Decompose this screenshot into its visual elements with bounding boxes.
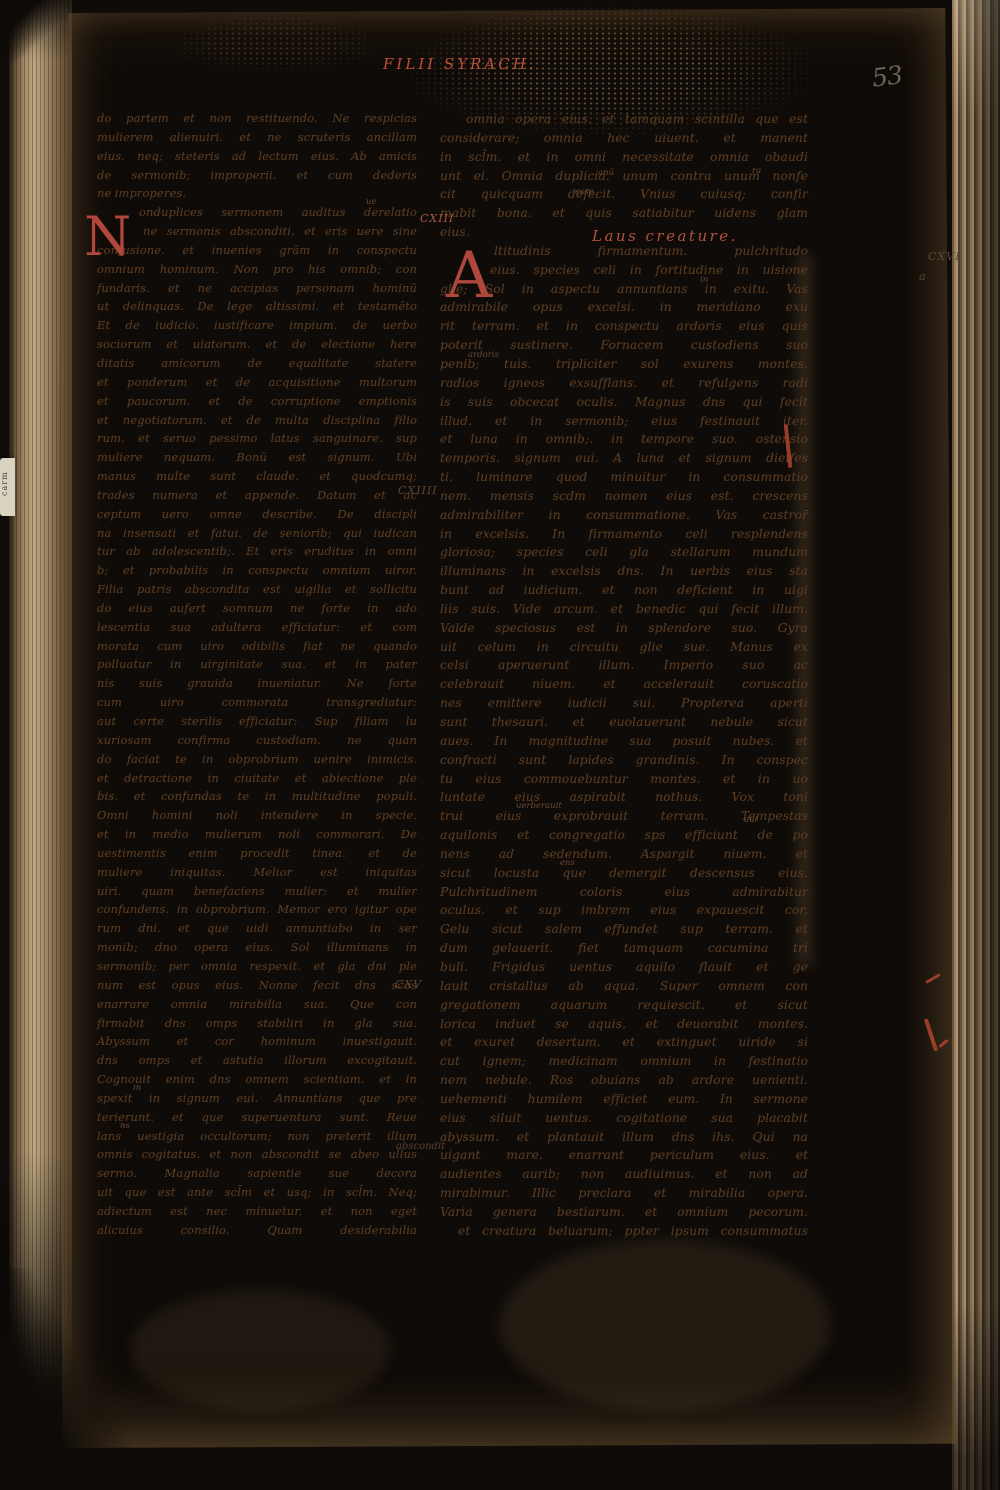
manuscript-line: Valde speciosus est in splendore suo. Gy… — [440, 619, 808, 638]
manuscript-line: muliere nequam. Bonū est signum. Ubi — [97, 448, 417, 467]
manuscript-line: xuriosam confirma custodiam. ne quan — [97, 731, 417, 750]
manuscript-line: uehementi humilem efficiet eum. In sermo… — [440, 1090, 808, 1109]
manuscript-line: ditatis amicorum de equalitate statere — [97, 354, 417, 373]
manuscript-line: Pulchritudinem coloris eius admirabitur — [440, 883, 808, 902]
interlinear-gloss: uerberauit — [516, 801, 562, 811]
running-title: FILII SYRACH. — [383, 55, 537, 73]
manuscript-line: Abyssum et cor hominum inuestigauit. — [97, 1032, 417, 1051]
manuscript-line: gregationem aquarum requiescit. et sicut — [440, 996, 808, 1015]
manuscript-line: b; et probabilis in conspectu omnium uir… — [97, 561, 417, 580]
manuscript-line: sermo. Magnalia sapientie sue decora — [97, 1164, 417, 1183]
manuscript-line: admirabile opus excelsi. in meridiano ex… — [440, 298, 808, 317]
manuscript-line: celebrauit niuem. et accelerauit corusca… — [440, 675, 808, 694]
manuscript-line: luntate eius aspirabit nothus. Vox toni — [440, 788, 808, 807]
manuscript-line: eius siluit uentus. cogitatione sua plac… — [440, 1109, 808, 1128]
manuscript-line: et exuret desertum. et extinguet uiride … — [440, 1033, 808, 1052]
manuscript-line: gloriosa; species celi gla stellarum mun… — [440, 543, 808, 562]
marginal-chapter-number: CXV — [395, 978, 422, 991]
manuscript-line: morata cum uiro odibilis fiat ne quando — [97, 637, 417, 656]
manuscript-line: mabit bona. et quis satiabitur uidens gl… — [440, 204, 808, 223]
manuscript-line: sunt thesauri. et euolauerunt nebule sic… — [440, 713, 808, 732]
manuscript-line: lauit cristallus ab aqua. Super omnem co… — [440, 977, 808, 996]
manuscript-line: ceptum uero omne describe. De discipli — [97, 505, 417, 524]
interlinear-gloss: ue — [366, 197, 377, 207]
marginal-chapter-number: CXIIII — [398, 484, 438, 497]
manuscript-line: audientes aurib; non audiuimus. et non a… — [440, 1165, 808, 1184]
manuscript-line: et luna in omnib;. in tempore suo. osten… — [440, 430, 808, 449]
interlinear-gloss: ens — [560, 858, 575, 868]
interlinear-gloss: ns — [120, 1121, 130, 1131]
left-text-column: do partem et non restituendo. Ne respici… — [97, 109, 417, 1240]
manuscript-line: Cognouit enim dns omnem scientiam. et in — [97, 1070, 417, 1089]
manuscript-line: et paucorum. et de corruptione emptionis — [97, 392, 417, 411]
manuscript-line: sermonib; per omnia respexit. et gla dni… — [97, 957, 417, 976]
manuscript-line: nis suis grauida inueniatur. Ne forte — [97, 674, 417, 693]
drop-cap-initial-A: A — [446, 244, 492, 308]
drop-cap-initial-N: N — [84, 210, 131, 264]
manuscript-line: Et de iudicio. iustificare impium. de ue… — [97, 316, 417, 335]
manuscript-line: illud. et in sermonib; eius festinauit i… — [440, 412, 808, 431]
manuscript-line: lans uestigia occultorum; non preterit i… — [97, 1127, 417, 1146]
manuscript-line: radios igneos exsufflans. et refulgens r… — [440, 374, 808, 393]
manuscript-line: mulierem alienuiri. et ne scruteris anci… — [97, 128, 417, 147]
right-text-column: omnia opera eius. et tamquam scintilla q… — [440, 110, 808, 1241]
manuscript-line: sicut locusta que demergit descensus eiu… — [440, 864, 808, 883]
interlinear-gloss: in — [700, 275, 708, 285]
manuscript-line: uit celum in circuitu glie sue. Manus ex — [440, 638, 808, 657]
interlinear-gloss: anū — [598, 168, 614, 178]
manuscript-line: cum uiro commorata transgrediatur: — [97, 693, 417, 712]
manuscript-line: nem nebule. Ros obuians ab ardore uenien… — [440, 1071, 808, 1090]
manuscript-line: fundaris. et ne accipias personam hominū — [97, 279, 417, 298]
manuscript-line: omnium hominum. Non pro his omnib; con — [97, 260, 417, 279]
manuscript-line: enarrare omnia mirabilia sua. Que con — [97, 995, 417, 1014]
manuscript-line: cit quicquam defecit. Vnius cuiusq; conf… — [440, 185, 808, 204]
manuscript-line: Varia genera bestiarum. et omnium pecoru… — [440, 1203, 808, 1222]
marginal-chapter-number: CXIII — [420, 212, 454, 225]
manuscript-line: do eius aufert somnum ne forte in ado — [97, 599, 417, 618]
manuscript-line: abyssum. et plantauit illum dns ihs. Qui… — [440, 1128, 808, 1147]
manuscript-line: sociorum et uiatorum. et de electione he… — [97, 335, 417, 354]
manuscript-line: muliere iniquitas. Melior est iniquitas — [97, 863, 417, 882]
manuscript-line: adiectum est nec minuetur. et non eget — [97, 1202, 417, 1221]
manuscript-line: na insensati et fatui. de seniorib; qui … — [97, 524, 417, 543]
manuscript-line: temporis. signum eui. A luna et signum d… — [440, 449, 808, 468]
manuscript-line: aquilonis et congregatio sps efficiunt d… — [440, 826, 808, 845]
manuscript-photo: FILII SYRACH. 53 do partem et non restit… — [0, 0, 1000, 1490]
manuscript-line: bis. et confundas te in multitudine popu… — [97, 787, 417, 806]
manuscript-line: lescentia sua adultera efficiatur: et co… — [97, 618, 417, 637]
manuscript-line: uigant mare. enarrant periculum eius. et — [440, 1146, 808, 1165]
manuscript-line: in scl̄m. et in omni necessitate omnia o… — [440, 148, 808, 167]
manuscript-line: lorica induet se aquis. et deuorabit mon… — [440, 1015, 808, 1034]
manuscript-line: de sermonib; improperii. et cum dederis — [97, 166, 417, 185]
section-rubric: Laus creature. — [592, 227, 738, 245]
manuscript-line: do faciat te in obprobrium uenire inimic… — [97, 750, 417, 769]
marginal-note: abscondit — [396, 1141, 445, 1152]
manuscript-line: considerare; omnia hec uiuent. et manent — [440, 129, 808, 148]
manuscript-line: ti. luminare quod minuitur in consummati… — [440, 468, 808, 487]
bookmark-tab: carm — [0, 458, 15, 516]
manuscript-line: et in medio mulierum noli commorari. De — [97, 825, 417, 844]
manuscript-line: trades numera et appende. Datum et ac — [97, 486, 417, 505]
manuscript-line: omnia opera eius. et tamquam scintilla q… — [440, 110, 808, 129]
manuscript-line: is suis obcecat oculis. Magnus dns qui f… — [440, 393, 808, 412]
manuscript-line: firmabit dns omps stabiliri in gla sua. — [97, 1014, 417, 1033]
manuscript-line: ne sermonis absconditi. et eris uere sin… — [97, 222, 417, 241]
manuscript-line: celsi aperuerunt illum. Imperio suo ac — [440, 656, 808, 675]
folio-number: 53 — [870, 60, 903, 92]
manuscript-line: et ponderum et de acquisitione multorum — [97, 373, 417, 392]
manuscript-line: in excelsis. In firmamento celi resplend… — [440, 525, 808, 544]
manuscript-line: illuminans in excelsis dns. In uerbis ei… — [440, 562, 808, 581]
manuscript-line: bunt ad iudicium. et non deficient in ui… — [440, 581, 808, 600]
manuscript-line: et negotiatorum. et de multa disciplina … — [97, 411, 417, 430]
manuscript-line: num est opus eius. Nonne fecit dns scos — [97, 976, 417, 995]
manuscript-line: buli. Frigidus uentus aquilo flauit et g… — [440, 958, 808, 977]
manuscript-line: eius. species celi in fortitudine in uis… — [440, 261, 808, 280]
manuscript-line: rum. et seruo pessimo latus sanguinare. … — [97, 429, 417, 448]
manuscript-line: spexit in signum eui. Annuntians que pre — [97, 1089, 417, 1108]
manuscript-line: do partem et non restituendo. Ne respici… — [97, 109, 417, 128]
manuscript-line: et creatura beluarum; ppter ipsum consum… — [440, 1222, 808, 1241]
manuscript-line: admirabiliter in consummatione. Vas cast… — [440, 506, 808, 525]
manuscript-line: dum gelauerit. fiet tamquam cacumina tri — [440, 939, 808, 958]
manuscript-line: uit que est ante scl̄m et usq; in scl̄m.… — [97, 1183, 417, 1202]
manuscript-line: liis suis. Vide arcum. et benedic qui fe… — [440, 600, 808, 619]
manuscript-line: oculus. et sup imbrem eius expauescit co… — [440, 901, 808, 920]
manuscript-line: omnis cogitatus. et non abscondit se abe… — [97, 1145, 417, 1164]
marginal-chapter-number: CXVI — [928, 250, 961, 263]
manuscript-line: tu eius commouebuntur montes. et in uo — [440, 770, 808, 789]
manuscript-line: uestimentis enim procedit tinea. et de — [97, 844, 417, 863]
manuscript-line: rum dni. et que uidi annuntiabo in ser — [97, 919, 417, 938]
manuscript-line: dns omps et astutia illorum excogitauit. — [97, 1051, 417, 1070]
manuscript-line: alicuius consilio. Quam desiderabilia — [97, 1221, 417, 1240]
page-fore-edge — [952, 0, 1000, 1490]
manuscript-line: nens ad sedendum. Aspargit niuem. et — [440, 845, 808, 864]
manuscript-line: glie; Sol in aspectu annuntians in exitu… — [440, 280, 808, 299]
manuscript-line: tur ab adolescentib;. Et eris eruditus i… — [97, 542, 417, 561]
interlinear-gloss: esse — [575, 187, 594, 197]
manuscript-line: monib; dno opera eius. Sol illuminans in — [97, 938, 417, 957]
manuscript-line: aut certe sterilis efficiatur: Sup filia… — [97, 712, 417, 731]
interlinear-gloss: ardoris — [468, 350, 499, 360]
manuscript-line: confracti sunt lapides grandinis. In con… — [440, 751, 808, 770]
manuscript-line: aues. In magnitudine sua posuit nubes. e… — [440, 732, 808, 751]
manuscript-line: nes emittere iudicii sui. Propterea aper… — [440, 694, 808, 713]
manuscript-line: mirabimur. Illic preclara et mirabilia o… — [440, 1184, 808, 1203]
manuscript-line: confusione. et inuenies grām in conspect… — [97, 241, 417, 260]
manuscript-line: eius. neq; steteris ad lectum eius. Ab a… — [97, 147, 417, 166]
manuscript-line: Omni homini noli intendere in specie. — [97, 806, 417, 825]
interlinear-gloss: ra — [752, 166, 761, 176]
manuscript-line: confundens. in obprobrium. Memor ero igi… — [97, 900, 417, 919]
interlinear-gloss: in — [133, 1083, 141, 1093]
manuscript-line: manus multe sunt claude. et quodcumq; — [97, 467, 417, 486]
manuscript-line: Gelu sicut salem effundet sup terram. et — [440, 920, 808, 939]
marginal-chapter-number: a — [919, 270, 927, 283]
manuscript-line: ut delinquas. De lege altissimi. et test… — [97, 297, 417, 316]
manuscript-line: polluatur in uirginitate sua. et in pate… — [97, 655, 417, 674]
manuscript-line: terierunt. et que superuentura sunt. Reu… — [97, 1108, 417, 1127]
interlinear-gloss: aut — [744, 815, 758, 825]
manuscript-line: uiri. quam benefaciens mulier: et mulier — [97, 882, 417, 901]
manuscript-line: nem. mensis scdm nomen eius est. crescen… — [440, 487, 808, 506]
manuscript-line: rit terram. et in conspectu ardoris eius… — [440, 317, 808, 336]
manuscript-line: Filia patris abscondita est uigilia et s… — [97, 580, 417, 599]
manuscript-line: et detractione in ciuitate et abiectione… — [97, 769, 417, 788]
manuscript-line: cut ignem; medicinam omnium in festinati… — [440, 1052, 808, 1071]
